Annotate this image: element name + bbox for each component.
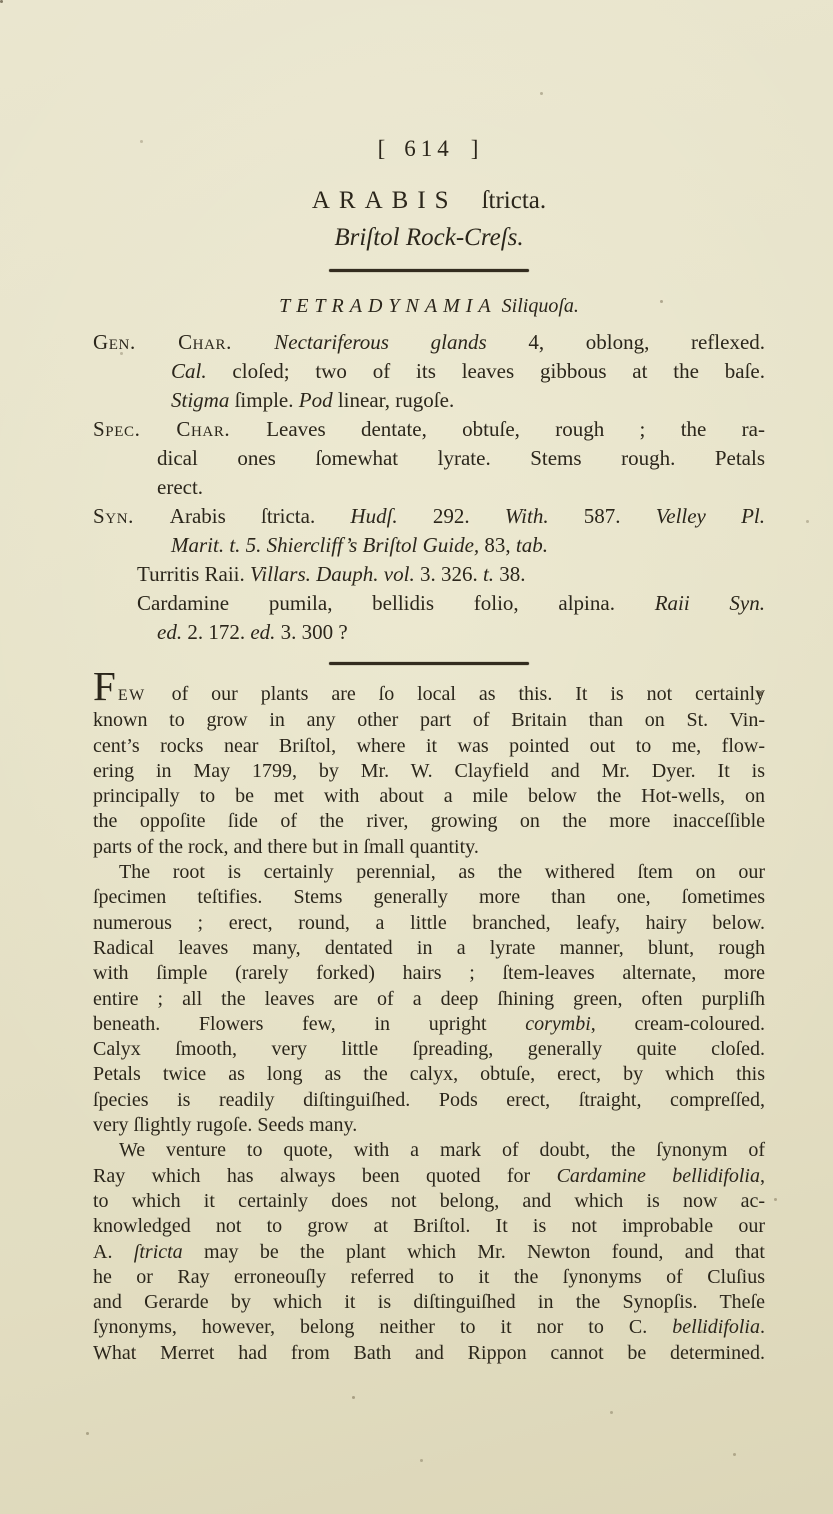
text-run: ſynonyms, however, belong neither to it … [93, 1316, 672, 1338]
divider-rule-top [329, 269, 529, 272]
text-line: Syn. Arabis ſtricta. Hudſ. 292. With. 58… [93, 502, 765, 531]
text-run: . [760, 1316, 765, 1338]
text-run: 614 [404, 136, 454, 161]
text-run: 3. 300 ? [275, 620, 347, 644]
text-line: Gen. Char. Nectariferous glands 4, oblon… [93, 328, 765, 357]
text-run: knowledged not to grow at Briſtol. It is… [93, 1215, 765, 1237]
text-run: Velley Pl. [656, 504, 765, 528]
text-line: ering in May 1799, by Mr. W. Clayfield a… [93, 759, 765, 784]
text-line: ſpecies is readily diſtinguiſhed. Pods e… [93, 1088, 765, 1113]
text-run: 587. [549, 504, 656, 528]
text-run: Leaves dentate, obtuſe, rough ; the ra- [266, 417, 765, 441]
text-run: erect. [157, 475, 203, 499]
text-run: TETRADYNAMIA [279, 295, 497, 317]
text-run: Syn. [93, 504, 170, 528]
text-run: We venture to quote, with a mark of doub… [119, 1139, 765, 1161]
text-line: Petals twice as long as the calyx, obtuſ… [93, 1062, 765, 1087]
text-line: cent’s rocks near Briſtol, where it was … [93, 734, 765, 759]
text-run: and Gerarde by which it is diſtinguiſhed… [93, 1291, 765, 1313]
text-run: entire ; all the leaves are of a deep ſh… [93, 988, 765, 1010]
text-line: What Merret had from Bath and Rippon can… [93, 1341, 765, 1366]
text-run: Radical leaves many, dentated in a lyrat… [93, 937, 765, 959]
text-run: the oppoſite ſide of the river, growing … [93, 810, 765, 832]
text-line: Cardamine pumila, bellidis folio, alpina… [93, 589, 765, 618]
text-run: What Merret had from Bath and Rippon can… [93, 1342, 765, 1364]
text-run: ] [471, 136, 481, 161]
text-run: Pod [299, 388, 333, 412]
text-line: known to grow in any other part of Brita… [93, 708, 765, 733]
text-run: , [760, 1165, 765, 1187]
text-run: ARABIS [312, 187, 458, 214]
text-line: A. ſtricta may be the plant which Mr. Ne… [93, 1240, 765, 1265]
text-line: and Gerarde by which it is diſtinguiſhed… [93, 1290, 765, 1315]
text-line: Calyx ſmooth, very little ſpreading, gen… [93, 1037, 765, 1062]
text-line: knowledged not to grow at Briſtol. It is… [93, 1214, 765, 1239]
text-run: With. [505, 504, 549, 528]
text-run: parts of the rock, and there but in ſmal… [93, 836, 479, 858]
text-run: [ [378, 136, 388, 161]
text-line: Turritis Raii. Villars. Dauph. vol. 3. 3… [93, 560, 765, 589]
text-run: beneath. Flowers few, in upright [93, 1013, 525, 1035]
text-run: ed. [157, 620, 182, 644]
text-run: with ſimple (rarely forked) hairs ; ſtem… [93, 962, 765, 984]
text-line: principally to be met with about a mile … [93, 784, 765, 809]
text-run: ſtricta. [482, 187, 547, 214]
text-run: 4, oblong, reflexed. [487, 330, 765, 354]
text-run: may be the plant which Mr. Newton found,… [183, 1241, 765, 1263]
text-run: Cardamine pumila, bellidis folio, alpina… [137, 591, 655, 615]
text-line: Cal. cloſed; two of its leaves gibbous a… [93, 357, 765, 386]
common-name: Briſtol Rock-Creſs. [93, 224, 765, 252]
text-run: 292. [398, 504, 505, 528]
class-order-line: TETRADYNAMIA Siliquoſa. [93, 295, 765, 318]
text-run: bellidifolia [672, 1316, 760, 1338]
divider-rule-mid [329, 662, 529, 665]
page-number: [614] [93, 136, 765, 162]
text-line: FEW of our plants are ſo local as this. … [93, 682, 765, 708]
text-run: Stigma [171, 388, 229, 412]
species-title: ARABISſtricta. [93, 187, 765, 215]
text-run: he or Ray erroneouſly referred to it the… [93, 1266, 765, 1288]
text-line: ſpecimen teſtifies. Stems generally more… [93, 885, 765, 910]
text-run: dical ones ſomewhat lyrate. Stems rough.… [157, 446, 765, 470]
text-line: Radical leaves many, dentated in a lyrat… [93, 936, 765, 961]
text-line: to which it certainly does not belong, a… [93, 1189, 765, 1214]
paragraph: FEW of our plants are ſo local as this. … [93, 682, 765, 860]
text-run: A. [93, 1241, 134, 1263]
text-run: t. [483, 562, 494, 586]
text-run: numerous ; erect, round, a little branch… [93, 912, 765, 934]
text-run: to which it certainly does not belong, a… [93, 1190, 765, 1212]
text-run: EW [118, 687, 146, 704]
text-line: he or Ray erroneouſly referred to it the… [93, 1265, 765, 1290]
text-run: principally to be met with about a mile … [93, 785, 765, 807]
body-text: FEW of our plants are ſo local as this. … [93, 682, 765, 1366]
text-run: Siliquoſa. [497, 295, 579, 317]
text-run: ſpecimen teſtifies. Stems generally more… [93, 886, 765, 908]
characters-synonyms-block: Gen. Char. Nectariferous glands 4, oblon… [93, 328, 765, 647]
text-run: Calyx ſmooth, very little ſpreading, gen… [93, 1038, 765, 1060]
text-run: Arabis ſtricta. [170, 504, 351, 528]
text-run: Ray which has always been quoted for [93, 1165, 557, 1187]
text-run: Marit. t. 5. Shiercliff’s Briſtol Guide, [171, 533, 479, 557]
text-run: 38. [494, 562, 526, 586]
text-run: linear, rugoſe. [333, 388, 455, 412]
text-run: The root is certainly perennial, as the … [119, 861, 765, 883]
text-run: cloſed; two of its leaves gibbous at the… [207, 359, 765, 383]
text-line: very ſlightly rugoſe. Seeds many. [93, 1113, 765, 1138]
text-line: parts of the rock, and there but in ſmal… [93, 835, 765, 860]
text-line: Marit. t. 5. Shiercliff’s Briſtol Guide,… [93, 531, 765, 560]
text-line: beneath. Flowers few, in upright corymbi… [93, 1012, 765, 1037]
text-run: Raii Syn. [655, 591, 765, 615]
text-run: ſpecies is readily diſtinguiſhed. Pods e… [93, 1089, 765, 1111]
text-run: of our plants are ſo local as this. It i… [149, 683, 765, 705]
text-run: ering in May 1799, by Mr. W. Clayfield a… [93, 760, 765, 782]
text-run: Villars. Dauph. vol. [250, 562, 415, 586]
text-run: Petals twice as long as the calyx, obtuſ… [93, 1063, 765, 1085]
text-run: ed. [250, 620, 275, 644]
text-line: the oppoſite ſide of the river, growing … [93, 809, 765, 834]
text-run: Briſtol Rock-Creſs. [334, 224, 523, 251]
text-line: Stigma ſimple. Pod linear, rugoſe. [93, 386, 765, 415]
text-run: corymbi [525, 1013, 591, 1035]
text-run: tab. [516, 533, 548, 557]
text-run: Turritis Raii. [137, 562, 250, 586]
paragraph: We venture to quote, with a mark of doub… [93, 1138, 765, 1366]
text-line: entire ; all the leaves are of a deep ſh… [93, 987, 765, 1012]
text-line: The root is certainly perennial, as the … [93, 860, 765, 885]
text-run: 3. 326. [415, 562, 483, 586]
text-run: Nectariferous glands [274, 330, 486, 354]
text-run: cent’s rocks near Briſtol, where it was … [93, 735, 765, 757]
paper-specks [0, 0, 3, 3]
page-content: [614] ARABISſtricta. Briſtol Rock-Creſs.… [93, 0, 765, 1366]
text-run: 83, [479, 533, 516, 557]
text-run: , cream-coloured. [591, 1013, 765, 1035]
text-line: ſynonyms, however, belong neither to it … [93, 1315, 765, 1340]
text-run: Gen. Char. [93, 330, 274, 354]
text-line: Ray which has always been quoted for Car… [93, 1164, 765, 1189]
text-run: ſimple. [229, 388, 298, 412]
text-run: Cal. [171, 359, 207, 383]
text-line: Spec. Char. Leaves dentate, obtuſe, roug… [93, 415, 765, 444]
text-run: Spec. Char. [93, 417, 266, 441]
text-run: very ſlightly rugoſe. Seeds many. [93, 1114, 357, 1136]
text-line: erect. [93, 473, 765, 502]
text-run: 2. 172. [182, 620, 250, 644]
text-line: numerous ; erect, round, a little branch… [93, 911, 765, 936]
text-run: F [93, 663, 116, 709]
text-run: known to grow in any other part of Brita… [93, 709, 765, 731]
text-line: We venture to quote, with a mark of doub… [93, 1138, 765, 1163]
scanned-page: [614] ARABISſtricta. Briſtol Rock-Creſs.… [0, 0, 833, 1514]
text-line: ed. 2. 172. ed. 3. 300 ? [93, 618, 765, 647]
text-run: ſtricta [134, 1241, 183, 1263]
text-run: Cardamine bellidifolia [557, 1165, 760, 1187]
text-line: with ſimple (rarely forked) hairs ; ſtem… [93, 961, 765, 986]
text-run: Hudſ. [350, 504, 397, 528]
paragraph: The root is certainly perennial, as the … [93, 860, 765, 1138]
text-line: dical ones ſomewhat lyrate. Stems rough.… [93, 444, 765, 473]
